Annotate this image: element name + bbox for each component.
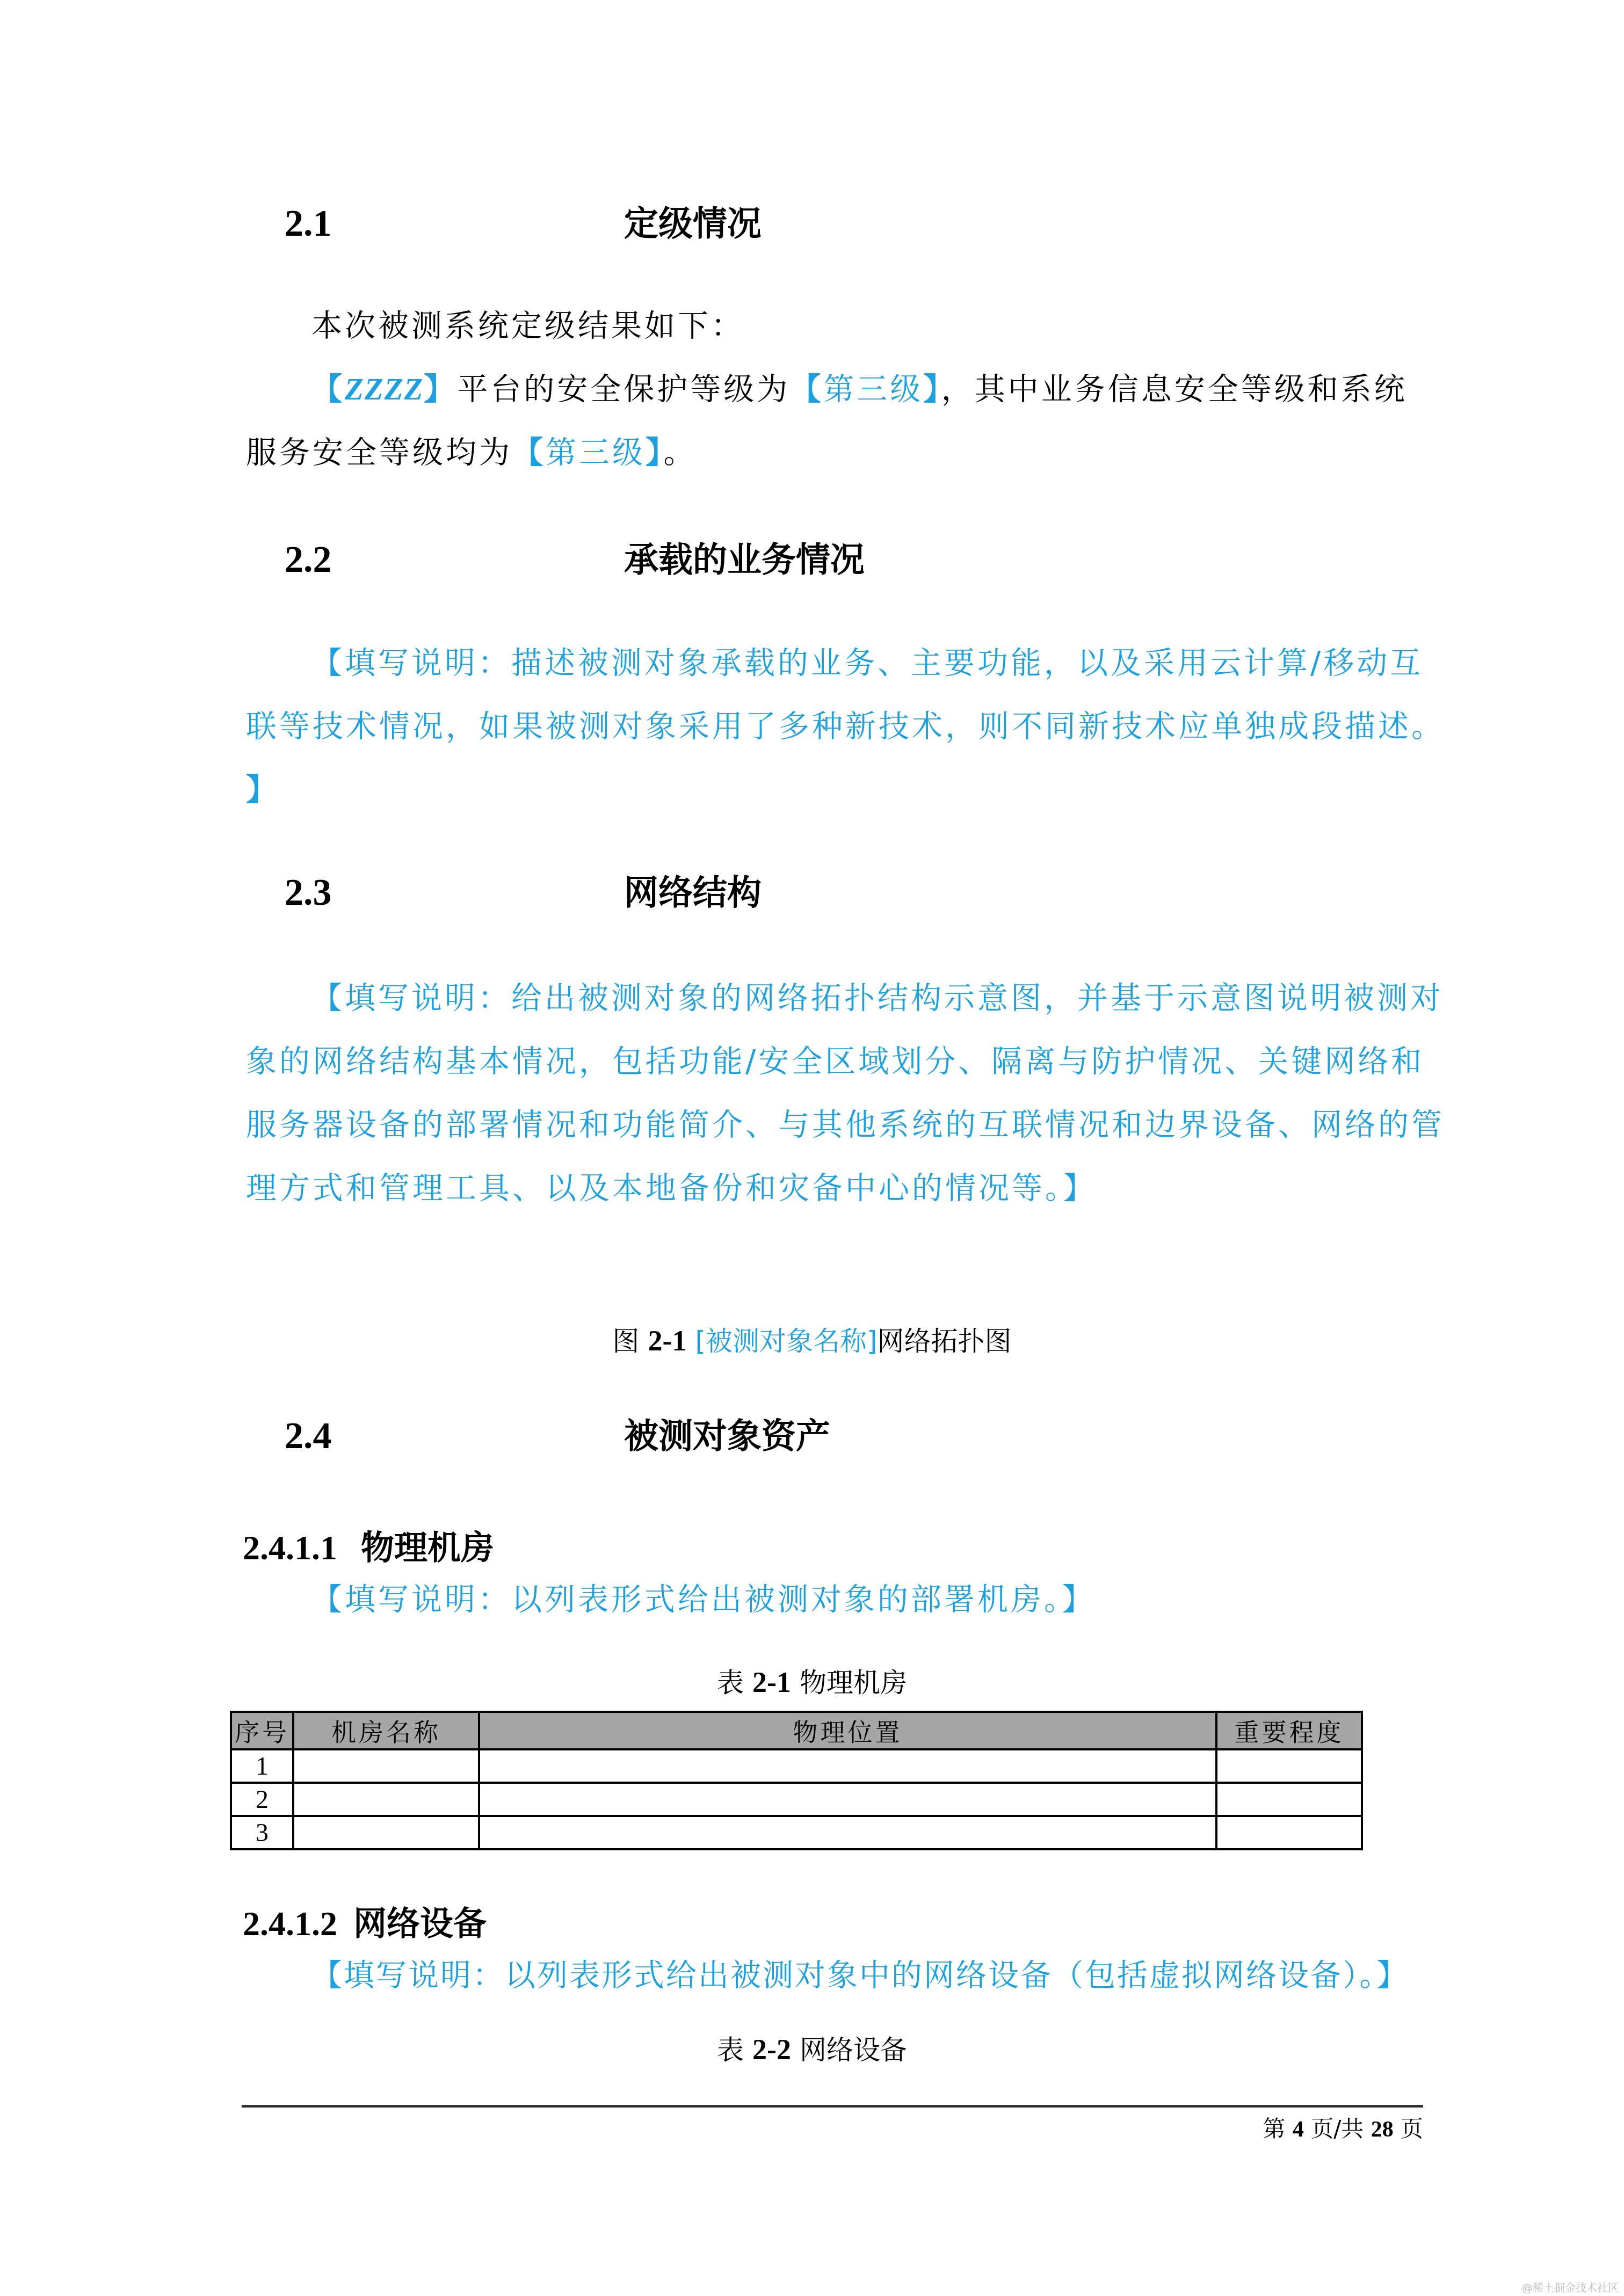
cell-location[interactable] [479, 1749, 1216, 1783]
heading-number: 2.4 [285, 1412, 332, 1461]
watermark: @稀土掘金技术社区 [1522, 2279, 1619, 2295]
document-page: 2.1 定级情况 本次被测系统定级结果如下： 【ZZZZ】平台的安全保护等级为【… [0, 0, 1624, 2296]
table-row: 3 [231, 1816, 1362, 1849]
machine-room-table: 序号 机房名称 物理位置 重要程度 1 2 3 [230, 1711, 1363, 1850]
network-device-note: 【填写说明：以列表形式给出被测对象中的网络设备（包括虚拟网络设备）。】 [311, 1944, 1493, 2007]
heading-number: 2.3 [285, 869, 332, 917]
note-line: 服务器设备的部署情况和功能简介、与其他系统的互联情况和边界设备、网络的管 [246, 1093, 1427, 1157]
cell-importance[interactable] [1216, 1816, 1362, 1849]
table-caption: 表 2-1 物理机房 [0, 1663, 1624, 1702]
heading-number: 2.2 [285, 536, 332, 584]
cell-importance[interactable] [1216, 1749, 1362, 1783]
col-header-importance: 重要程度 [1216, 1712, 1362, 1749]
machine-room-note: 【填写说明：以列表形式给出被测对象的部署机房。】 [311, 1568, 1493, 1631]
table-header-row: 序号 机房名称 物理位置 重要程度 [231, 1712, 1362, 1749]
table-row: 2 [231, 1783, 1362, 1816]
footer-divider [242, 2105, 1423, 2108]
note-line: 】 [246, 758, 1427, 822]
heading-title: 物理机房 [361, 1528, 494, 1567]
business-note: 【填写说明：描述被测对象承载的业务、主要功能，以及采用云计算/移动互 联等技术情… [246, 631, 1427, 822]
network-note: 【填写说明：给出被测对象的网络拓扑结构示意图，并基于示意图说明被测对 象的网络结… [246, 967, 1427, 1220]
table-caption: 表 2-2 网络设备 [0, 2031, 1624, 2069]
cell-room-name[interactable] [293, 1749, 479, 1783]
cell-index: 3 [231, 1816, 293, 1849]
total-pages: 28 [1371, 2117, 1394, 2142]
note-line: 理方式和管理工具、以及本地备份和灾备中心的情况等。】 [246, 1157, 1427, 1220]
heading-title: 承载的业务情况 [624, 536, 865, 584]
heading-number: 2.1 [285, 200, 332, 248]
heading-2-4-1-2: 2.4.1.2网络设备 [243, 1900, 487, 1948]
heading-number: 2.4.1.1 [243, 1529, 337, 1567]
page-number: 第 4 页/共 28 页 [1263, 2113, 1423, 2146]
cell-importance[interactable] [1216, 1783, 1362, 1816]
cell-index: 2 [231, 1783, 293, 1816]
figure-caption: 图 2-1 [被测对象名称]网络拓扑图 [0, 1322, 1624, 1360]
note-line: 【填写说明：给出被测对象的网络拓扑结构示意图，并基于示意图说明被测对 [246, 967, 1427, 1030]
col-header-index: 序号 [231, 1712, 293, 1749]
col-header-location: 物理位置 [479, 1712, 1216, 1749]
heading-title: 定级情况 [624, 200, 762, 248]
cell-index: 1 [231, 1749, 293, 1783]
table-row: 1 [231, 1749, 1362, 1783]
cell-room-name[interactable] [293, 1816, 479, 1849]
heading-title: 网络结构 [624, 869, 762, 917]
current-page: 4 [1293, 2117, 1304, 2142]
grading-paragraph: 本次被测系统定级结果如下： 【ZZZZ】平台的安全保护等级为【第三级】，其中业务… [246, 294, 1427, 484]
figure-placeholder: [被测对象名称] [695, 1326, 877, 1357]
heading-title: 被测对象资产 [624, 1412, 830, 1461]
heading-2-4-1-1: 2.4.1.1物理机房 [243, 1524, 494, 1572]
cell-room-name[interactable] [293, 1783, 479, 1816]
cell-location[interactable] [479, 1783, 1216, 1816]
heading-title: 网络设备 [353, 1904, 487, 1943]
col-header-room-name: 机房名称 [293, 1712, 479, 1749]
grading-result-line-1: 【ZZZZ】平台的安全保护等级为【第三级】，其中业务信息安全等级和系统 [246, 358, 1427, 421]
grading-intro: 本次被测系统定级结果如下： [246, 294, 1427, 358]
note-line: 象的网络结构基本情况，包括功能/安全区域划分、隔离与防护情况、关键网络和 [246, 1030, 1427, 1093]
service-security-level: 第三级 [546, 435, 646, 470]
note-line: 【填写说明：描述被测对象承载的业务、主要功能，以及采用云计算/移动互 [246, 631, 1427, 695]
security-level: 第三级 [823, 372, 923, 407]
cell-location[interactable] [479, 1816, 1216, 1849]
note-line: 联等技术情况，如果被测对象采用了多种新技术，则不同新技术应单独成段描述。 [246, 695, 1427, 758]
grading-result-line-2: 服务安全等级均为【第三级】。 [246, 421, 1427, 484]
platform-name: ZZZZ [345, 373, 424, 406]
heading-number: 2.4.1.2 [243, 1905, 337, 1943]
